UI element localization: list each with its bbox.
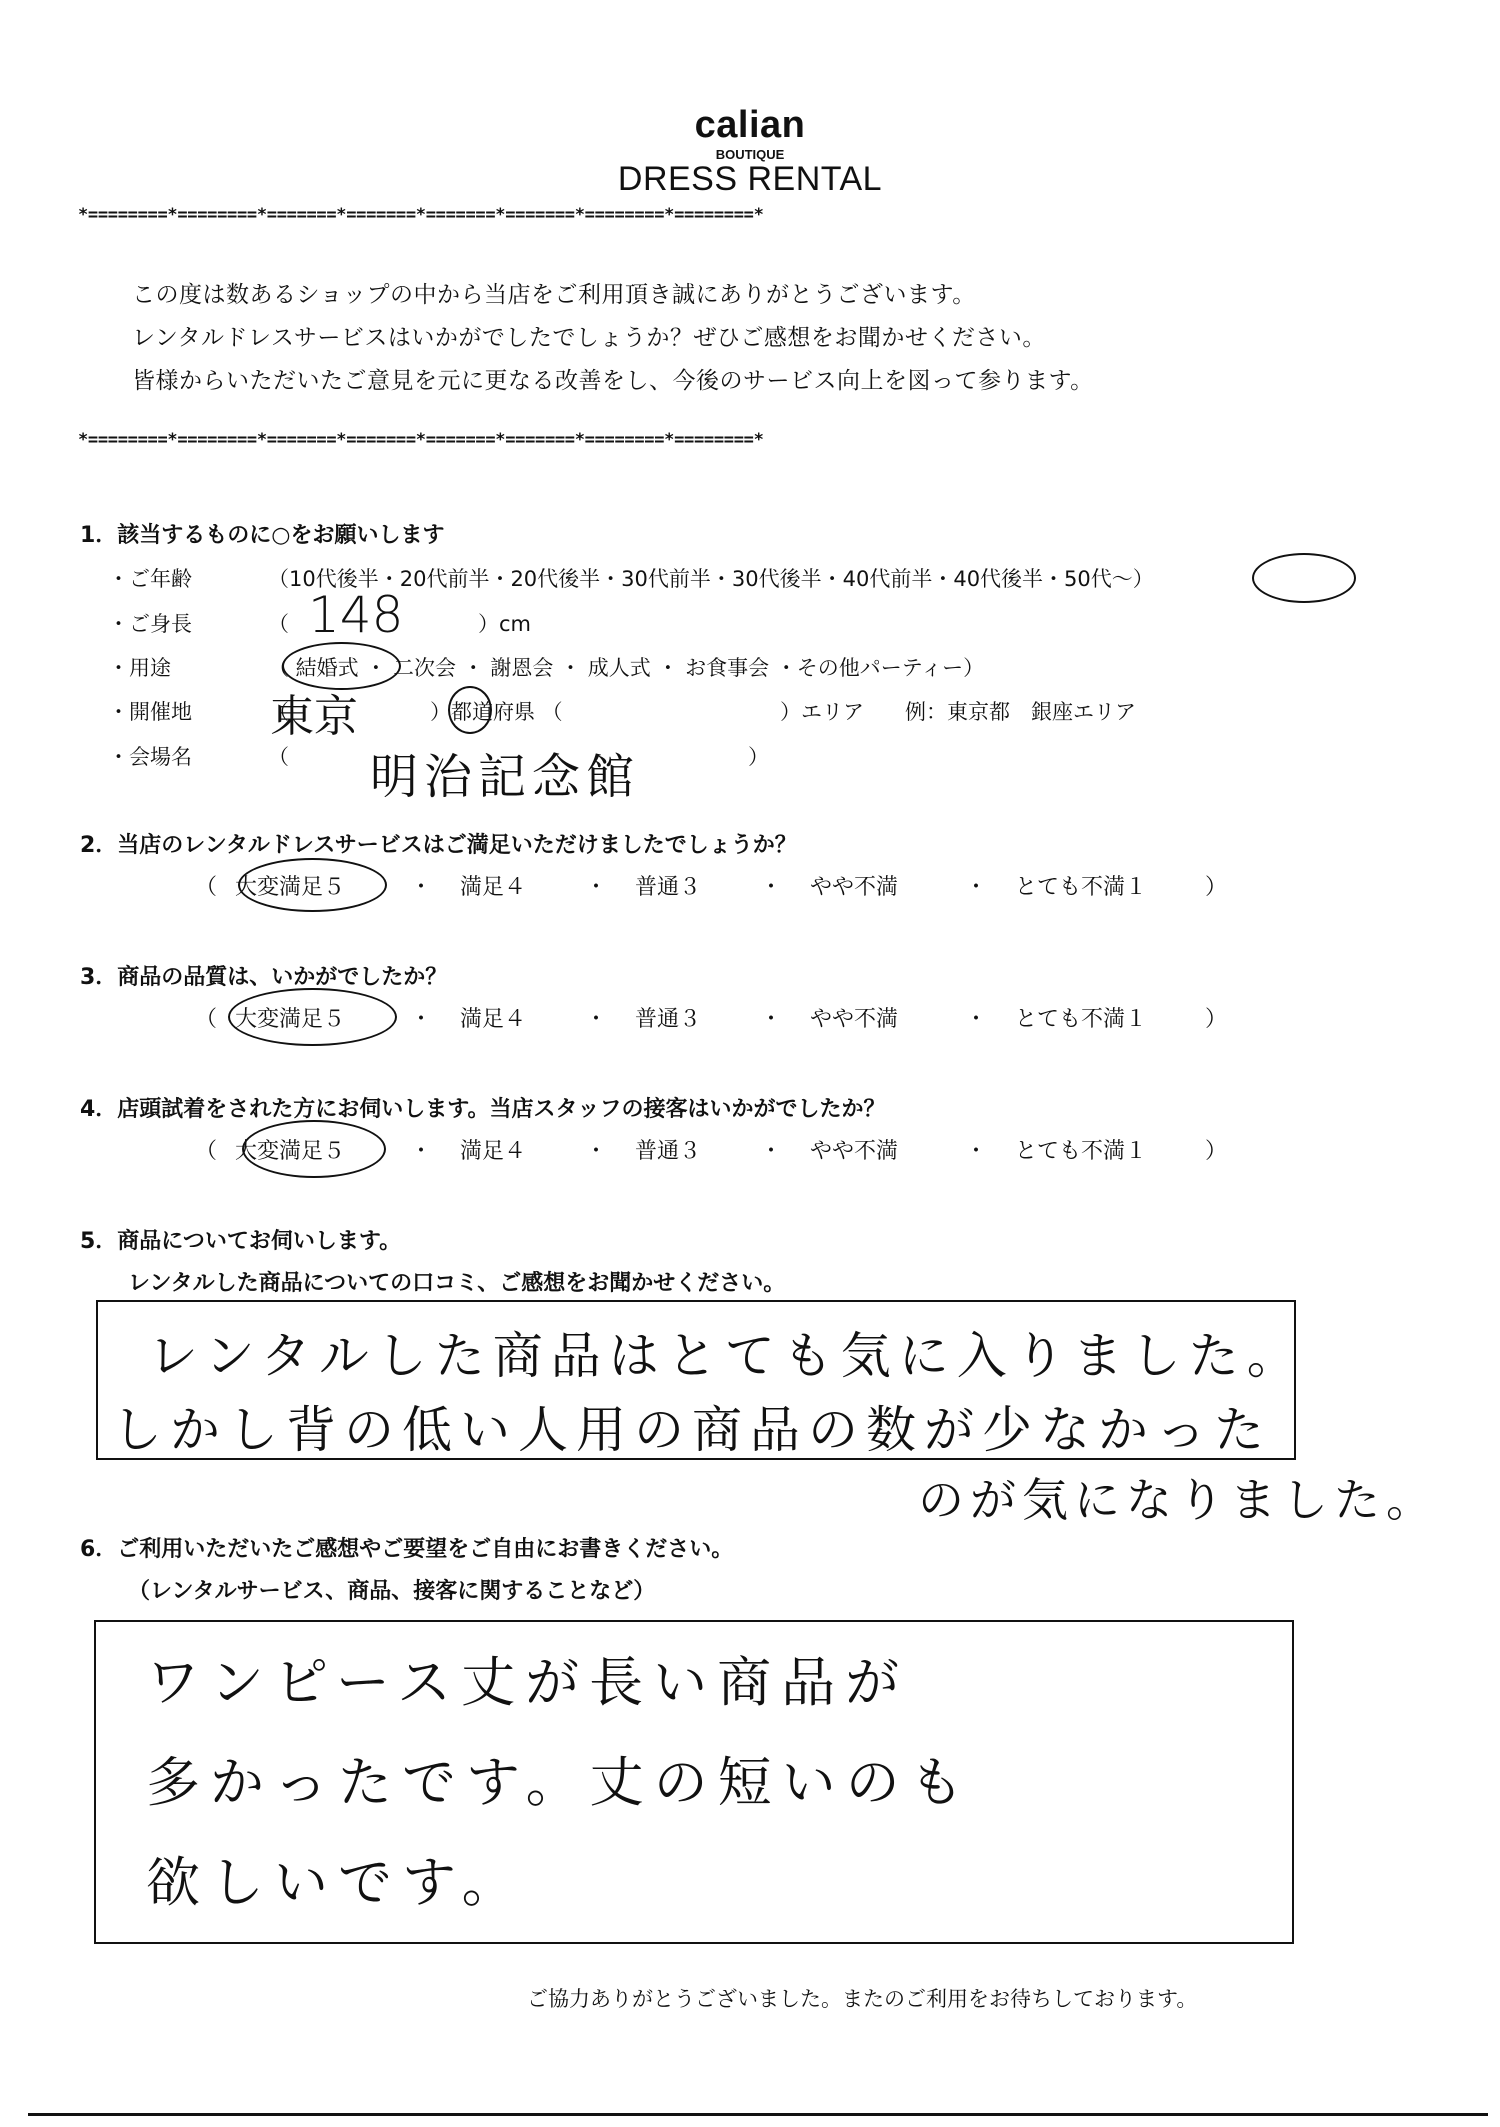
separator-dot: ・ [760,1134,810,1165]
height-label: ・ご身長 [108,608,268,638]
separator-dot: ・ [965,1134,1015,1165]
height-open-paren: （ [268,612,289,636]
q2-option-4[interactable]: 満足４ [460,870,585,901]
separator-dot: ・ [410,1002,460,1033]
location-label: ・開催地 [108,696,268,726]
q4-selected-circle [242,1120,386,1178]
q2-title: 2．当店のレンタルドレスサービスはご満足いただけましたでしょうか？ [80,828,797,859]
q2-option-3[interactable]: 普通３ [635,870,760,901]
age-label: ・ご年齢 [108,563,268,593]
q3-option-4[interactable]: 満足４ [460,1002,585,1033]
q3-option-2[interactable]: やや不満 [810,1002,965,1033]
paren-open: （ [195,1134,235,1165]
q6-title: 6．ご利用いただいたご感想やご要望をご自由にお書きください。 [80,1532,733,1563]
q1-venue-row: ・会場名（ [108,741,289,771]
area-suffix: ）エリア [780,696,864,726]
q3-selected-circle [228,988,397,1046]
paren-close: ） [1205,870,1245,901]
q1-title: 1．該当するものに○をお願いします [80,518,445,549]
q1-height-row: ・ご身長（ [108,608,289,638]
q1-age-row: ・ご年齢（10代後半・20代前半・20代後半・30代前半・30代後半・40代前半… [108,563,1154,593]
venue-value[interactable]: 明治記念館 [370,738,640,807]
paren-open: （ [195,870,235,901]
q5-answer-line-2: しかし背の低い人用の商品の数が少なかった [112,1390,1272,1462]
q5-title: 5．商品についてお伺いします。 [80,1224,401,1255]
q5-answer-line-1: レンタルした商品はとても気に入りました。 [148,1316,1305,1388]
intro-line-1: この度は数あるショップの中から当店をご利用頂き誠にありがとうございます。 [132,276,976,309]
q6-answer-line-3: 欲しいです。 [146,1840,526,1917]
separator-dot: ・ [585,1134,635,1165]
separator-dot: ・ [585,870,635,901]
prefecture-value[interactable]: 東京 [270,680,358,744]
paren-close: ） [1205,1134,1245,1165]
q2-selected-circle [238,858,387,912]
paren-close: ） [1205,1002,1245,1033]
separator-dot: ・ [410,870,460,901]
age-selected-circle [1252,553,1356,603]
intro-line-2: レンタルドレスサービスはいかがでしたでしょうか？ぜひご感想をお聞かせください。 [132,319,1046,352]
q4-option-1[interactable]: とても不満１ [1015,1134,1205,1165]
separator-dot: ・ [965,1002,1015,1033]
q4-title: 4．店頭試着をされた方にお伺いします。当店スタッフの接客はいかがでしたか？ [80,1092,886,1123]
q2-option-2[interactable]: やや不満 [810,870,965,901]
q2-option-1[interactable]: とても不満１ [1015,870,1205,901]
prefecture-selected-circle [448,686,492,734]
height-value[interactable]: 148 [308,586,403,644]
venue-label: ・会場名 [108,741,268,771]
q5-answer-line-3: のが気になりました。 [918,1464,1438,1530]
divider-top: *========*========*=======*=======*=====… [78,205,1378,225]
separator-dot: ・ [965,870,1015,901]
separator-dot: ・ [760,1002,810,1033]
venue-close-paren: ） [748,741,769,771]
q4-option-2[interactable]: やや不満 [810,1134,965,1165]
purpose-label: ・用途 [108,652,268,682]
separator-dot: ・ [410,1134,460,1165]
location-example: 例：東京都 銀座エリア [905,696,1136,726]
q3-option-1[interactable]: とても不満１ [1015,1002,1205,1033]
venue-open-paren: （ [268,745,289,769]
q6-answer-line-1: ワンピース丈が長い商品が [146,1640,909,1717]
q4-option-3[interactable]: 普通３ [635,1134,760,1165]
separator-dot: ・ [585,1002,635,1033]
q1-purpose-row: ・用途（ 結婚式 ・ 二次会 ・ 謝恩会 ・ 成人式 ・ お食事会 ・その他パー… [108,652,984,682]
q5-subtitle: レンタルした商品についての口コミ、ご感想をお聞かせください。 [128,1266,785,1297]
intro-line-3: 皆様からいただいたご意見を元に更なる改善をし、今後のサービス向上を図って参ります… [132,362,1094,395]
divider-bottom: *========*========*=======*=======*=====… [78,430,1378,450]
q3-title: 3．商品の品質は、いかがでしたか？ [80,960,447,991]
brand-logo: calian [0,104,1500,147]
q3-option-3[interactable]: 普通３ [635,1002,760,1033]
q1-location-row: ・開催地（ [108,696,289,726]
q4-option-4[interactable]: 満足４ [460,1134,585,1165]
q6-answer-line-2: 多かったです。丈の短いのも [146,1740,974,1817]
q6-subtitle: （レンタルサービス、商品、接客に関することなど） [128,1574,655,1605]
footer-thanks: ご協力ありがとうございました。またのご利用をお待ちしております。 [527,1983,1197,2013]
bottom-rule [28,2113,1488,2116]
height-unit: ）cm [478,608,531,638]
separator-dot: ・ [760,870,810,901]
page-title: DRESS RENTAL [0,160,1500,199]
